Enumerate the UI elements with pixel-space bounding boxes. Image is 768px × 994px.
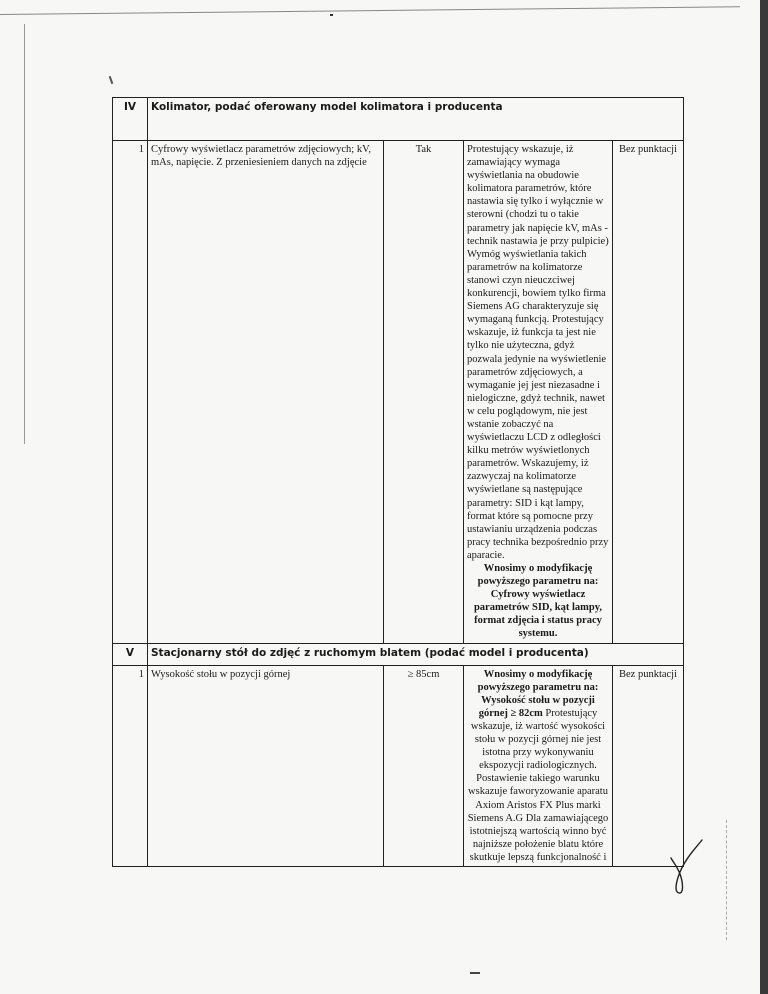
comment-text: Protestujący wskazuje, iż zamawiający wy… xyxy=(467,144,609,561)
section-number: V xyxy=(113,643,148,665)
row-description: Wysokość stołu w pozycji górnej xyxy=(148,665,384,866)
scan-artifact-dot xyxy=(330,14,333,16)
handwritten-initial-icon xyxy=(668,836,704,896)
row-required-value: Tak xyxy=(384,141,464,644)
scan-artifact-right-edge xyxy=(760,0,768,994)
scan-artifact-bottom-mark xyxy=(470,972,480,974)
section-title: Stacjonarny stół do zdjęć z ruchomym bla… xyxy=(148,643,684,665)
specification-table: IV Kolimator, podać oferowany model koli… xyxy=(112,97,684,867)
row-description: Cyfrowy wyświetlacz parametrów zdjęciowy… xyxy=(148,141,384,644)
section-header-row: V Stacjonarny stół do zdjęć z ruchomym b… xyxy=(113,643,684,665)
scan-artifact-dashed-line xyxy=(726,820,728,940)
row-scoring: Bez punktacji xyxy=(613,141,684,644)
row-comment: Wnosimy o modyfikację powyższego paramet… xyxy=(464,665,613,866)
scan-artifact-top-line xyxy=(0,6,740,15)
table-row: 1 Cyfrowy wyświetlacz parametrów zdjęcio… xyxy=(113,141,684,644)
row-comment: Protestujący wskazuje, iż zamawiający wy… xyxy=(464,141,613,644)
comment-request: Wnosimy o modyfikację powyższego paramet… xyxy=(467,562,609,641)
section-number: IV xyxy=(113,98,148,141)
row-number: 1 xyxy=(113,141,148,644)
scan-artifact-tick xyxy=(109,76,114,84)
table-row: 1 Wysokość stołu w pozycji górnej ≥ 85cm… xyxy=(113,665,684,866)
row-number: 1 xyxy=(113,665,148,866)
section-title: Kolimator, podać oferowany model kolimat… xyxy=(148,98,684,141)
section-header-row: IV Kolimator, podać oferowany model koli… xyxy=(113,98,684,141)
scan-artifact-left-line xyxy=(24,24,25,444)
row-required-value: ≥ 85cm xyxy=(384,665,464,866)
comment-text: Protestujący wskazuje, iż wartość wysoko… xyxy=(468,708,609,863)
